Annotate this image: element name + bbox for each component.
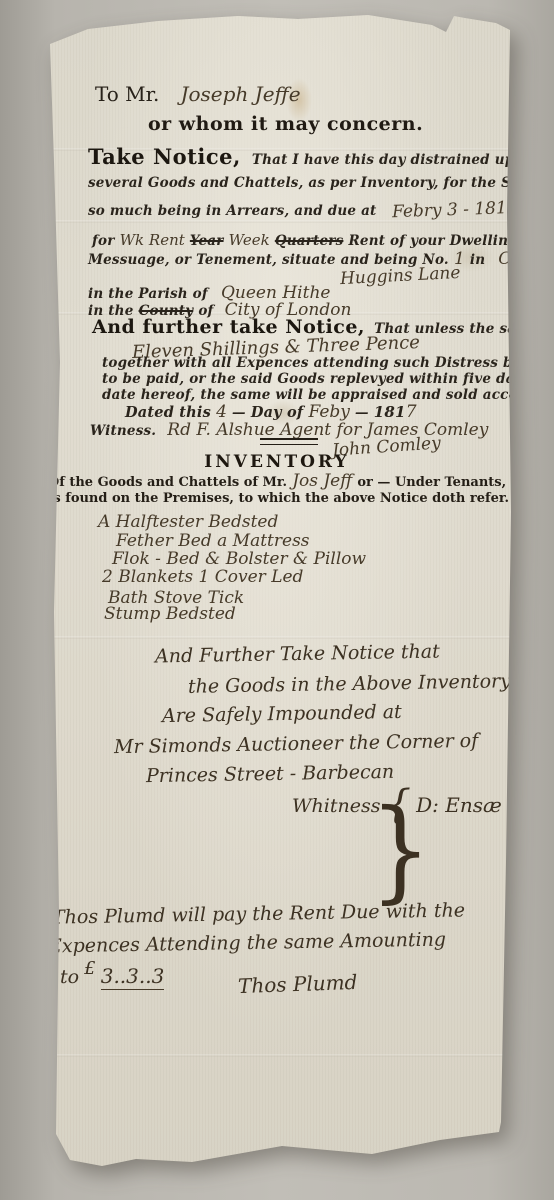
- payment-text-1: Thos Plumd will pay the Rent Due with th…: [52, 899, 465, 928]
- impound-witness-label: Whitness: [292, 795, 380, 817]
- concern-line: or whom it may concern.: [148, 113, 423, 135]
- payment-text-2: Expences Attending the same Amounting: [48, 929, 446, 958]
- addressee-name-handwritten: Joseph Jeffe: [180, 82, 300, 106]
- impound-note-line: Are Safely Impounded at: [162, 703, 402, 725]
- inventory-item-text: 2 Blankets 1 Cover Led: [102, 567, 303, 587]
- payment-note-line: Thos Plumd will pay the Rent Due with th…: [52, 903, 465, 925]
- paper-crease: [40, 1054, 514, 1057]
- concern-text: or whom it may concern.: [148, 113, 423, 135]
- to-mr-label: To Mr.: [95, 82, 159, 106]
- dated-day-handwritten: 4: [216, 402, 227, 422]
- payment-signature: Thos Plumd: [238, 970, 358, 998]
- payment-to: to: [60, 966, 79, 988]
- term-line: for Wk Rent Year Week Quarters Rent of y…: [92, 230, 554, 249]
- take-notice-line2: several Goods and Chattels, as per Inven…: [88, 171, 554, 192]
- address-line: To Mr. Joseph Jeffe: [95, 82, 301, 106]
- notice-text-1: That I have this day distrained upon you…: [252, 152, 554, 168]
- paper-sheet: To Mr. Joseph Jeffe or whom it may conce…: [40, 12, 514, 1174]
- arrears-date-handwritten: Febry 3 - 1817: [391, 198, 517, 222]
- dated-dash1: —: [232, 405, 246, 421]
- inventory-item: 2 Blankets 1 Cover Led: [102, 567, 303, 587]
- dated-month-handwritten: Feby: [308, 402, 349, 422]
- payment-signature-line: Thos Plumd: [238, 972, 357, 996]
- ink-flourish: }: [370, 786, 431, 915]
- scan-background: To Mr. Joseph Jeffe or whom it may conce…: [0, 0, 554, 1200]
- term-year-struck: Year: [190, 233, 224, 249]
- tenement-line2: Huggins Lane: [340, 266, 461, 286]
- impound-signature: D: Ensæ Cons: [416, 793, 554, 817]
- tenement-place2-handwritten: Huggins Lane: [340, 263, 461, 289]
- take-notice-heading: Take Notice,: [88, 144, 241, 169]
- impound-note-line: Princes Street - Barbecan: [146, 763, 394, 785]
- inventory-item-text: Stump Bedsted: [104, 604, 236, 624]
- impound-text-3: Are Safely Impounded at: [162, 701, 402, 727]
- inventory-item-text: Fether Bed a Mattress: [116, 531, 310, 551]
- impound-text-1: And Further Take Notice that: [155, 641, 440, 668]
- tenement-place-handwritten: Comleys Court: [498, 249, 554, 269]
- double-rule: [260, 438, 318, 445]
- payment-note-line: Expences Attending the same Amounting: [48, 932, 446, 954]
- term-for: for: [92, 233, 115, 249]
- arrears-line: so much being in Arrears, and due at Feb…: [88, 200, 517, 220]
- inventory-sub2: as found on the Premises, to which the a…: [45, 491, 509, 506]
- pound-sign: £: [84, 958, 95, 979]
- inventory-item: Stump Bedsted: [104, 604, 236, 624]
- take-notice-line1: Take Notice, That I have this day distra…: [88, 144, 554, 169]
- dated-dash2: —: [355, 405, 369, 421]
- inventory-item: A Halftester Bedsted: [98, 512, 278, 532]
- tenement-in: in: [470, 252, 485, 268]
- witness-label: Witness.: [90, 423, 156, 439]
- paper-surface: To Mr. Joseph Jeffe or whom it may conce…: [40, 12, 514, 1174]
- term-week-handwritten: Week: [229, 231, 270, 249]
- further-body-3: date hereof, the same will be appraised …: [102, 384, 554, 403]
- inventory-heading: INVENTORY: [204, 452, 349, 472]
- impound-note-line: And Further Take Notice that: [155, 643, 440, 665]
- payment-amount: 3..3..3: [101, 964, 165, 990]
- arrears-text: so much being in Arrears, and due at: [88, 203, 376, 219]
- impound-text-4: Mr Simonds Auctioneer the Corner of: [114, 730, 479, 758]
- inventory-item: Fether Bed a Mattress: [116, 531, 310, 551]
- dated-text1: Dated this: [125, 404, 211, 421]
- paper-crease: [40, 636, 514, 639]
- term-quarters-struck: Quarters: [275, 233, 344, 249]
- inventory-item: Flok - Bed & Bolster & Pillow: [112, 549, 366, 569]
- tenement-line: Messuage, or Tenement, situate and being…: [88, 249, 554, 269]
- dated-text2: Day of: [251, 404, 304, 421]
- impound-text-2: the Goods in the Above Inventory: [188, 670, 511, 698]
- notice-text-2: several Goods and Chattels, as per Inven…: [88, 175, 554, 191]
- impound-note-line: the Goods in the Above Inventory: [188, 673, 511, 695]
- dated-line: Dated this 4 — Day of Feby — 1817: [125, 402, 417, 422]
- inventory-item-text: A Halftester Bedsted: [98, 512, 278, 532]
- paper-crease: [40, 220, 514, 223]
- payment-amount-line: to £ 3..3..3: [60, 964, 164, 988]
- impound-text-5: Princes Street - Barbecan: [146, 761, 395, 787]
- impound-note-line: Mr Simonds Auctioneer the Corner of: [114, 733, 478, 755]
- inventory-item-text: Flok - Bed & Bolster & Pillow: [112, 549, 366, 569]
- term-handwritten: Wk Rent: [120, 231, 185, 249]
- dated-year-handwritten: 7: [406, 402, 417, 422]
- further-body-text-3: date hereof, the same will be appraised …: [102, 387, 554, 403]
- dated-year-printed: 181: [374, 403, 406, 421]
- term-rest: Rent of your Dwelling-House,: [348, 233, 554, 249]
- inventory-heading-line: INVENTORY: [40, 452, 514, 472]
- inventory-subline-2: as found on the Premises, to which the a…: [40, 487, 514, 506]
